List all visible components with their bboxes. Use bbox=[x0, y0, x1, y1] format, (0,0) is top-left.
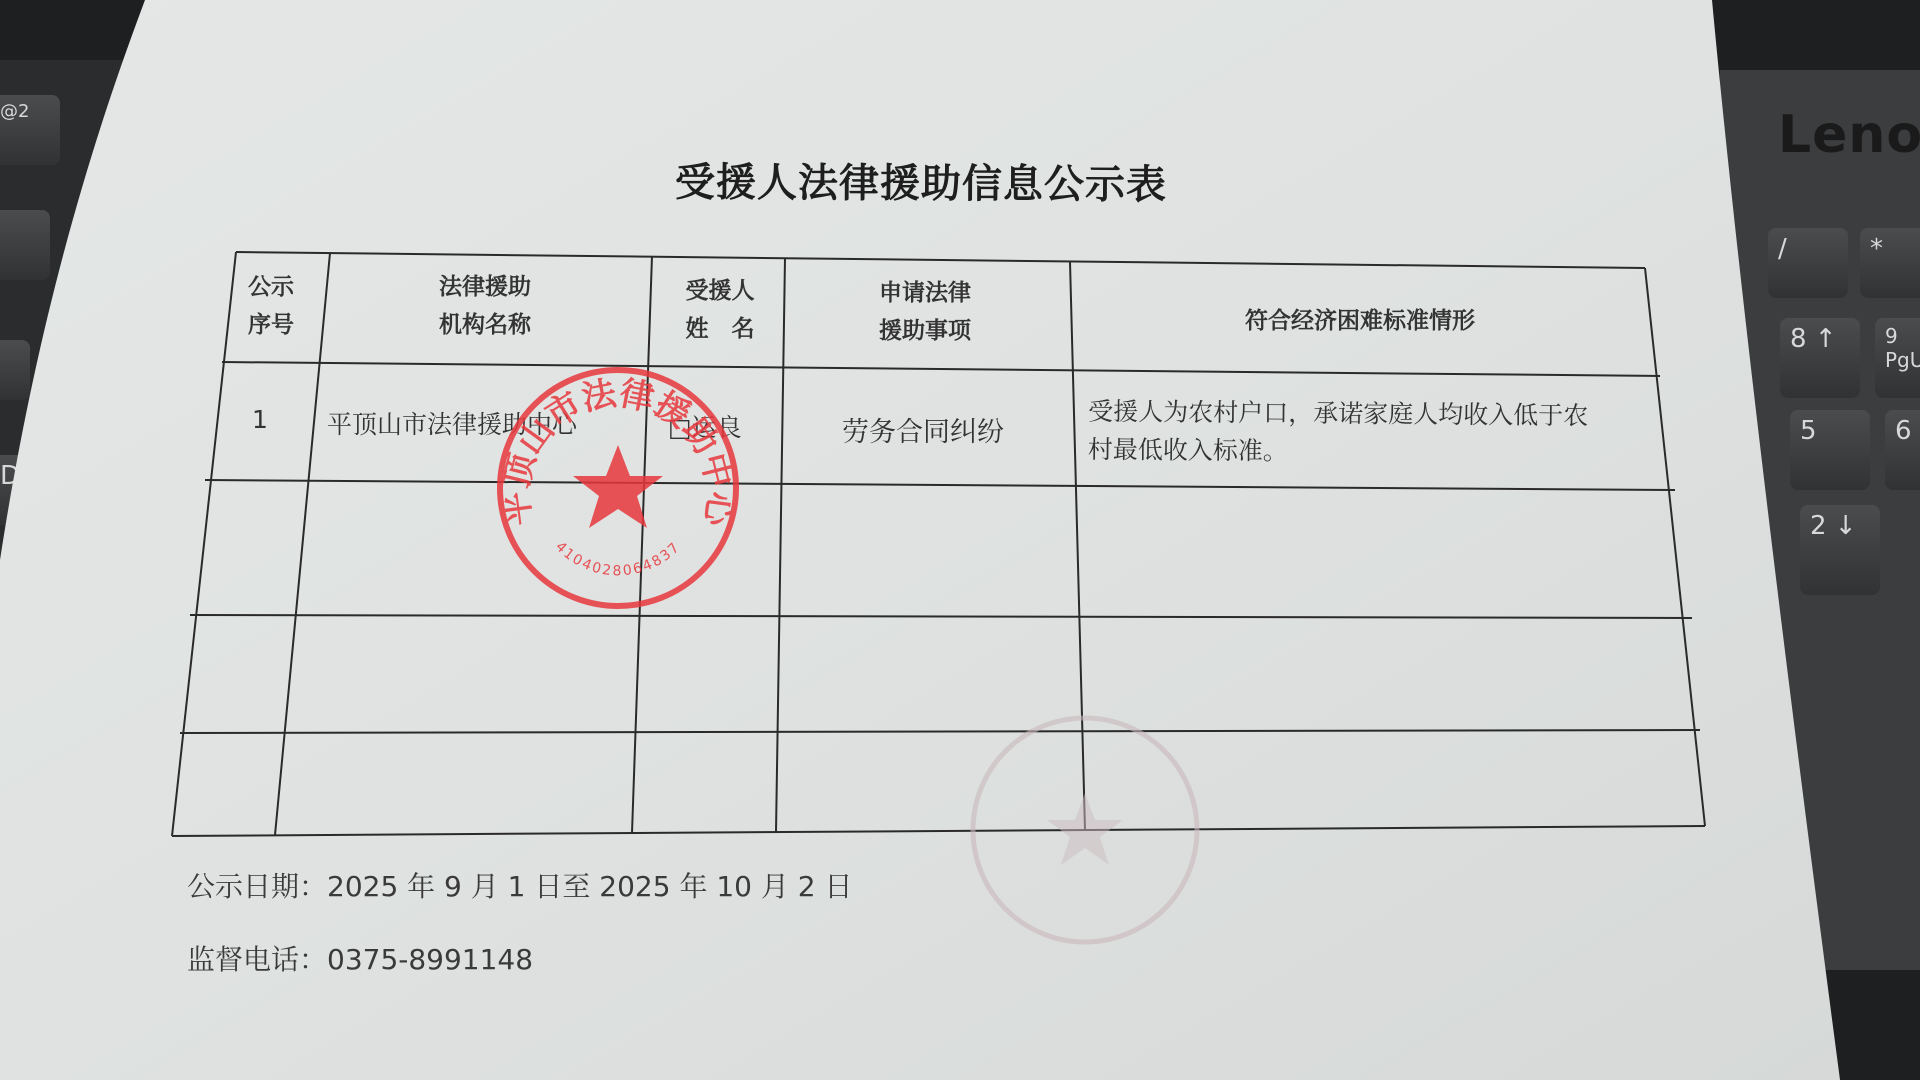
header-line: 法律援助 bbox=[395, 268, 575, 306]
ghost-seal bbox=[960, 705, 1210, 955]
header-matter: 申请法律 援助事项 bbox=[850, 274, 1000, 350]
header-line: 受援人 bbox=[665, 272, 775, 310]
cell-criteria: 受援人为农村户口，承诺家庭人均收入低于农 村最低收入标准。 bbox=[1088, 393, 1589, 473]
header-line: 序号 bbox=[236, 306, 306, 344]
header-line: 姓 名 bbox=[665, 310, 775, 348]
criteria-line: 受援人为农村户口，承诺家庭人均收入低于农 bbox=[1088, 393, 1588, 435]
supervision-phone: 监督电话：0375-8991148 bbox=[187, 938, 533, 978]
header-line: 符合经济困难标准情形 bbox=[1170, 302, 1550, 340]
header-line: 援助事项 bbox=[850, 312, 1000, 350]
cell-serial: 1 bbox=[252, 405, 268, 434]
criteria-line: 村最低收入标准。 bbox=[1088, 431, 1588, 473]
document-title: 受援人法律援助信息公示表 bbox=[675, 151, 1167, 211]
header-serial: 公示 序号 bbox=[236, 268, 306, 344]
notice-period: 公示日期：2025 年 9 月 1 日至 2025 年 10 月 2 日 bbox=[187, 865, 853, 905]
seal-code: 4104028064837 bbox=[552, 539, 684, 579]
svg-text:4104028064837: 4104028064837 bbox=[552, 539, 684, 579]
official-seal: 平顶山市法律援助中心 4104028064837 bbox=[492, 362, 744, 614]
header-institution: 法律援助 机构名称 bbox=[395, 268, 575, 344]
header-criteria: 符合经济困难标准情形 bbox=[1170, 302, 1550, 340]
header-recipient: 受援人 姓 名 bbox=[665, 272, 775, 348]
header-line: 机构名称 bbox=[395, 306, 575, 344]
cell-matter: 劳务合同纠纷 bbox=[842, 410, 1004, 449]
header-line: 申请法律 bbox=[850, 274, 1000, 312]
header-line: 公示 bbox=[236, 268, 306, 306]
